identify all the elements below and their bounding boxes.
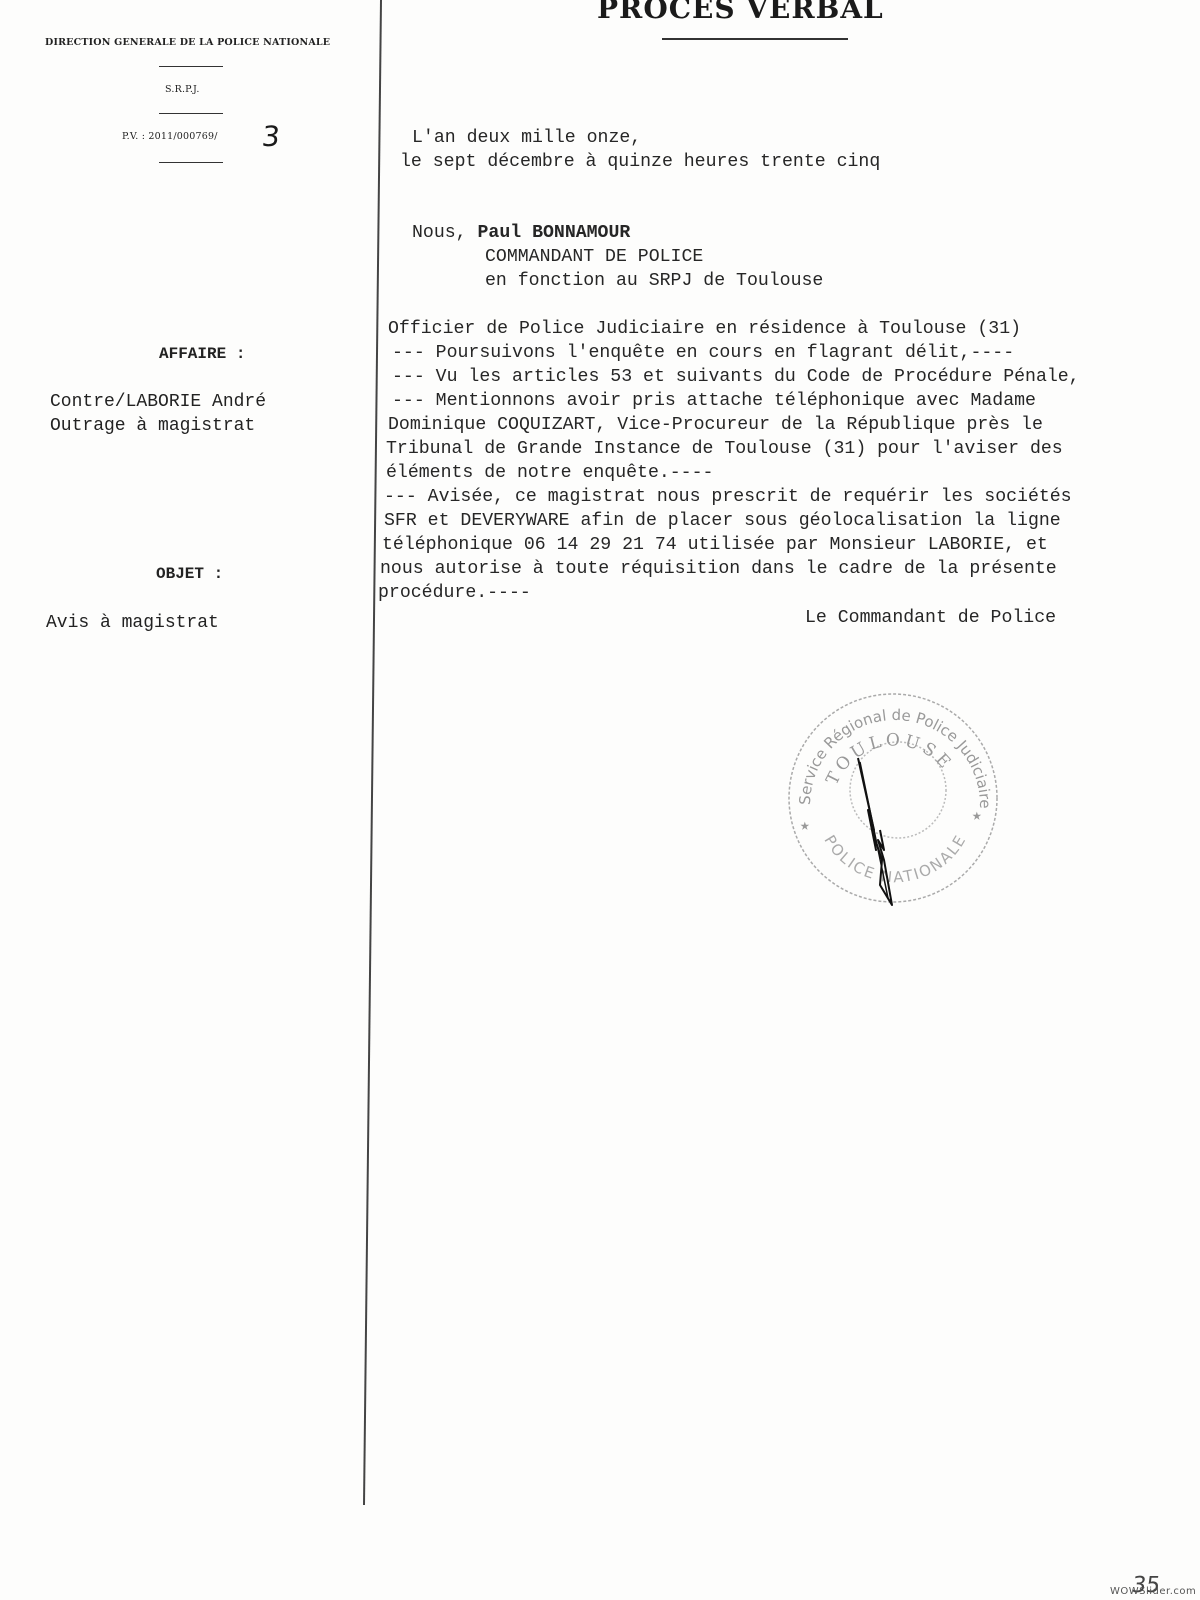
body-line: SFR et DEVERYWARE afin de placer sous gé… [384, 509, 1080, 533]
header-rule [159, 66, 223, 67]
pv-handwritten-number: 3 [260, 120, 281, 153]
officer-assignment: en fonction au SRPJ de Toulouse [485, 269, 823, 293]
body-line: --- Avisée, ce magistrat nous prescrit d… [384, 485, 1080, 509]
stamp-bottom-text: POLICE NATIONALE [820, 831, 970, 886]
pv-number: P.V. : 2011/000769/ [122, 131, 218, 142]
title-underline [662, 38, 848, 40]
body-line: Tribunal de Grande Instance de Toulouse … [386, 437, 1080, 461]
officer-line: Nous, Paul BONNAMOUR [412, 221, 630, 245]
body-line: Officier de Police Judiciaire en résiden… [388, 317, 1080, 341]
service-label: S.R.P.J. [165, 84, 200, 95]
signature-title: Le Commandant de Police [805, 606, 1056, 630]
body-line: nous autorise à toute réquisition dans l… [380, 557, 1080, 581]
star-icon: ★ [800, 817, 810, 835]
body-line: éléments de notre enquête.---- [386, 461, 1080, 485]
header-rule [159, 113, 223, 114]
police-stamp: Service Régional de Police Judiciaire TO… [780, 680, 1010, 920]
direction-heading: DIRECTION GENERALE DE LA POLICE NATIONAL… [45, 37, 330, 48]
body-line: Dominique COQUIZART, Vice-Procureur de l… [388, 413, 1080, 437]
officer-rank: COMMANDANT DE POLICE [485, 245, 703, 269]
affaire-line: Outrage à magistrat [50, 414, 255, 438]
date-line: L'an deux mille onze, [412, 126, 641, 150]
page-title: PROCES VERBAL [597, 0, 884, 25]
body-line: procédure.---- [378, 581, 1080, 605]
affaire-label: AFFAIRE : [159, 345, 245, 363]
star-icon: ★ [972, 807, 982, 825]
officer-prefix: Nous, [412, 223, 478, 243]
body-line: --- Vu les articles 53 et suivants du Co… [392, 365, 1080, 389]
body-line: téléphonique 06 14 29 21 74 utilisée par… [382, 533, 1080, 557]
body-line: --- Poursuivons l'enquête en cours en fl… [392, 341, 1080, 365]
affaire-line: Contre/LABORIE André [50, 390, 266, 414]
report-body: Officier de Police Judiciaire en résiden… [378, 317, 1080, 605]
objet-label: OBJET : [156, 565, 223, 583]
officer-name: Paul BONNAMOUR [478, 223, 631, 243]
watermark: WOWSlider.com [1110, 1586, 1196, 1597]
header-rule [159, 162, 223, 163]
date-line: le sept décembre à quinze heures trente … [400, 150, 880, 174]
body-line: --- Mentionnons avoir pris attache télép… [392, 389, 1080, 413]
objet-text: Avis à magistrat [46, 611, 219, 635]
